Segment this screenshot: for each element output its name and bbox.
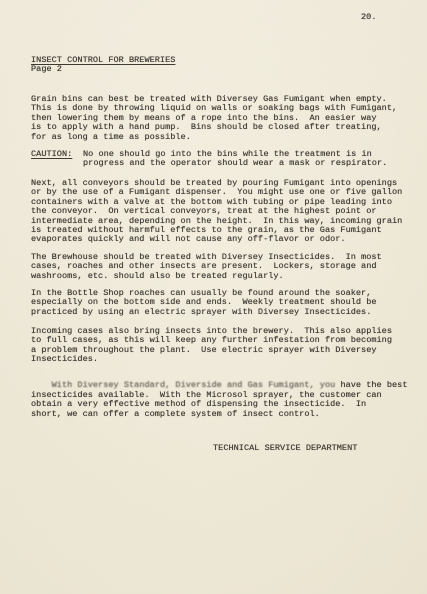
document-page: 20. INSECT CONTROL FOR BREWERIES Page 2 … <box>0 0 427 594</box>
caution-block: CAUTION: No one should go into the bins … <box>31 150 387 169</box>
smudged-text: With Diversey Standard, Diverside and Ga… <box>52 380 336 390</box>
paragraph-summary: With Diversey Standard, Diverside and Ga… <box>31 372 407 428</box>
paragraph-conveyors: Next, all conveyors should be treated by… <box>31 179 402 245</box>
paragraph-grain-bins: Grain bins can best be treated with Dive… <box>31 95 397 142</box>
paragraph-brewhouse: The Brewhouse should be treated with Div… <box>31 253 382 281</box>
caution-label: CAUTION: <box>31 150 83 169</box>
caution-text: No one should go into the bins while the… <box>83 150 387 169</box>
summary-rest: insecticides available. With the Microso… <box>31 390 382 419</box>
page-subtitle: Page 2 <box>31 65 175 74</box>
paragraph-incoming-cases: Incoming cases also bring insects into t… <box>31 327 392 365</box>
document-heading: INSECT CONTROL FOR BREWERIES Page 2 <box>31 56 175 75</box>
paragraph-bottle-shop: In the Bottle Shop roaches can usually b… <box>31 289 377 317</box>
footer-department: TECHNICAL SERVICE DEPARTMENT <box>213 444 357 453</box>
page-number: 20. <box>361 13 376 22</box>
